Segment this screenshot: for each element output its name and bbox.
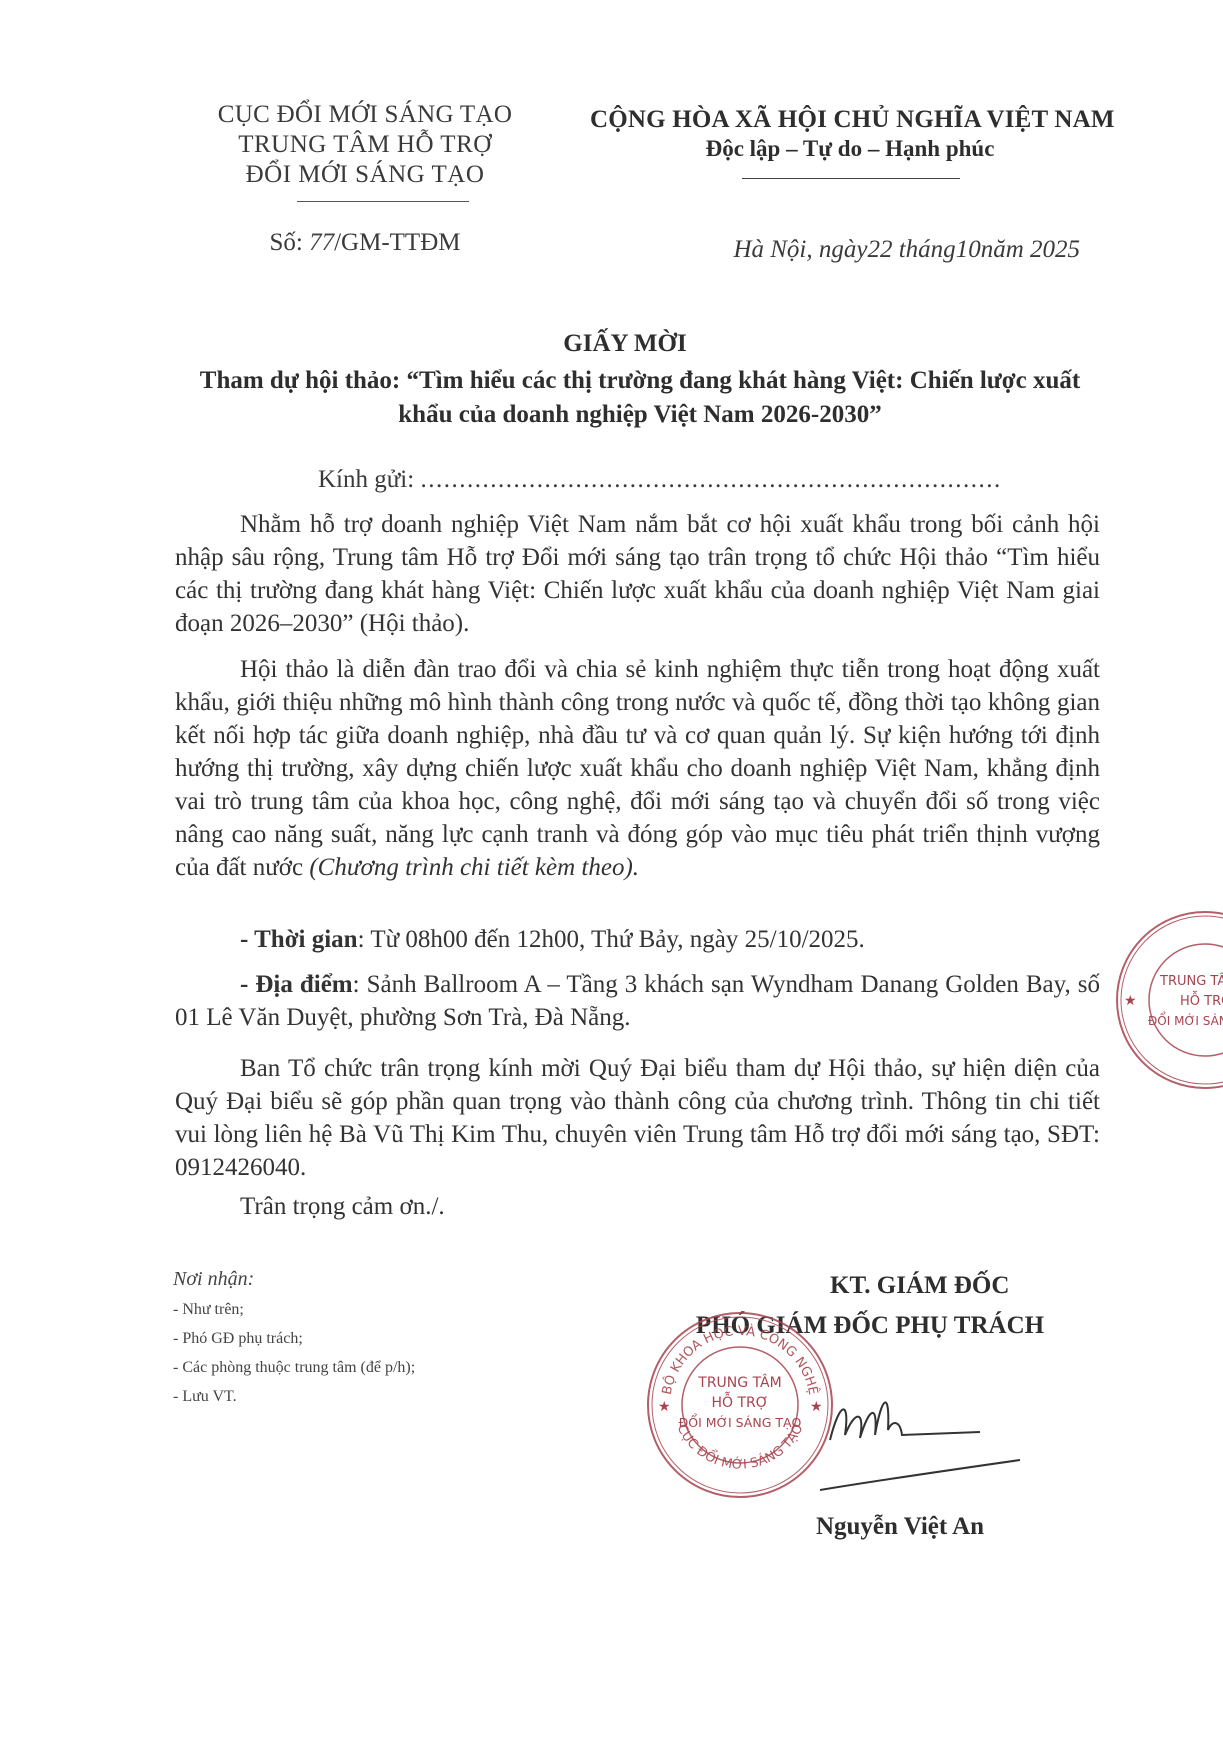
program-attachment-note: (Chương trình chi tiết kèm theo).: [309, 854, 639, 881]
svg-text:TRUNG TÂM: TRUNG TÂM: [697, 1373, 781, 1391]
issuing-agency-block: CỤC ĐỔI MỚI SÁNG TẠO TRUNG TÂM HỖ TRỢ ĐỔ…: [160, 100, 570, 190]
doc-number-handwritten: 77: [309, 229, 334, 256]
recipient-item: - Như trên;: [173, 1295, 415, 1324]
event-time: - Thời gian: Từ 08h00 đến 12h00, Thứ Bảy…: [175, 923, 1100, 956]
svg-text:HỖ TRỢ: HỖ TRỢ: [711, 1392, 768, 1411]
svg-text:TRUNG TÂM: TRUNG TÂM: [1159, 973, 1223, 989]
unit-name-line2: ĐỔI MỚI SÁNG TẠO: [160, 160, 570, 190]
signer-name: Nguyễn Việt An: [700, 1513, 1100, 1541]
recipient-blank: ........................................…: [420, 466, 1001, 493]
time-label: - Thời gian: [240, 926, 358, 953]
recipient-item: - Lưu VT.: [173, 1382, 415, 1411]
closing-text: Trân trọng cảm ơn./.: [175, 1190, 1100, 1223]
nation-title: CỘNG HÒA XÃ HỘI CHỦ NGHĨA VIỆT NAM: [590, 106, 1110, 134]
svg-text:★: ★: [658, 1399, 671, 1415]
agency-name: CỤC ĐỔI MỚI SÁNG TẠO: [160, 100, 570, 130]
svg-text:ĐỔI MỚI SÁNG TẠO: ĐỔI MỚI SÁNG TẠO: [1148, 1012, 1223, 1028]
document-title: GIẤY MỜI: [150, 330, 1100, 358]
recipients-heading: Nơi nhận:: [173, 1268, 415, 1291]
place-date: Hà Nội, ngày22 tháng10năm 2025: [600, 236, 1120, 264]
header-left-divider: [297, 201, 469, 202]
date-month-label: tháng: [892, 236, 955, 263]
doc-number-suffix: /GM-TTĐM: [334, 229, 460, 256]
header-right-divider: [742, 178, 960, 179]
recipient-item: - Các phòng thuộc trung tâm (để p/h);: [173, 1353, 415, 1382]
svg-text:★: ★: [1124, 993, 1137, 1009]
signature-title-1: KT. GIÁM ĐỐC: [750, 1272, 1100, 1300]
national-header: CỘNG HÒA XÃ HỘI CHỦ NGHĨA VIỆT NAM Độc l…: [590, 106, 1110, 162]
paragraph-invitation: Ban Tổ chức trân trọng kính mời Quý Đại …: [175, 1052, 1100, 1184]
time-value: : Từ 08h00 đến 12h00, Thứ Bảy, ngày 25/1…: [358, 926, 865, 953]
document-number: Số: 77/GM-TTĐM: [160, 229, 570, 257]
closing-line: Trân trọng cảm ơn./.: [175, 1190, 1100, 1223]
svg-text:HỖ TRỢ: HỖ TRỢ: [1180, 991, 1223, 1009]
salutation-label: Kính gửi:: [318, 466, 420, 493]
paragraph-text: Nhằm hỗ trợ doanh nghiệp Việt Nam nắm bắ…: [175, 508, 1100, 640]
doc-number-label: Số:: [270, 229, 310, 256]
venue-label: - Địa điểm: [240, 971, 353, 998]
document-subtitle: Tham dự hội thảo: “Tìm hiểu các thị trườ…: [180, 364, 1100, 432]
recipients-list: Nơi nhận: - Như trên; - Phó GĐ phụ trách…: [173, 1268, 415, 1411]
paragraph-text: Hội thảo là diễn đàn trao đổi và chia sẻ…: [175, 656, 1100, 881]
paragraph-purpose: Nhằm hỗ trợ doanh nghiệp Việt Nam nắm bắ…: [175, 508, 1100, 640]
unit-name-line1: TRUNG TÂM HỖ TRỢ: [160, 130, 570, 160]
official-seal-icon: BỘ KHOA HỌC VÀ CÔNG NGHỆ CỤC ĐỔI MỚI SÁN…: [640, 1305, 840, 1505]
handwritten-signature-icon: [820, 1380, 1080, 1500]
paragraph-text: Ban Tổ chức trân trọng kính mời Quý Đại …: [175, 1052, 1100, 1184]
recipient-item: - Phó GĐ phụ trách;: [173, 1324, 415, 1353]
date-prefix: Hà Nội, ngày: [733, 236, 867, 263]
svg-text:ĐỔI MỚI SÁNG TẠO: ĐỔI MỚI SÁNG TẠO: [679, 1414, 802, 1430]
date-month: 10: [956, 236, 981, 263]
date-day: 22: [867, 236, 892, 263]
event-venue: - Địa điểm: Sảnh Ballroom A – Tầng 3 khá…: [175, 968, 1100, 1034]
national-motto: Độc lập – Tự do – Hạnh phúc: [590, 136, 1110, 162]
edge-seal-icon: ★ TRUNG TÂM HỖ TRỢ ĐỔI MỚI SÁNG TẠO: [1110, 905, 1223, 1095]
paragraph-description: Hội thảo là diễn đàn trao đổi và chia sẻ…: [175, 653, 1100, 884]
salutation: Kính gửi: ..............................…: [318, 466, 1002, 494]
date-year: năm 2025: [981, 236, 1080, 263]
